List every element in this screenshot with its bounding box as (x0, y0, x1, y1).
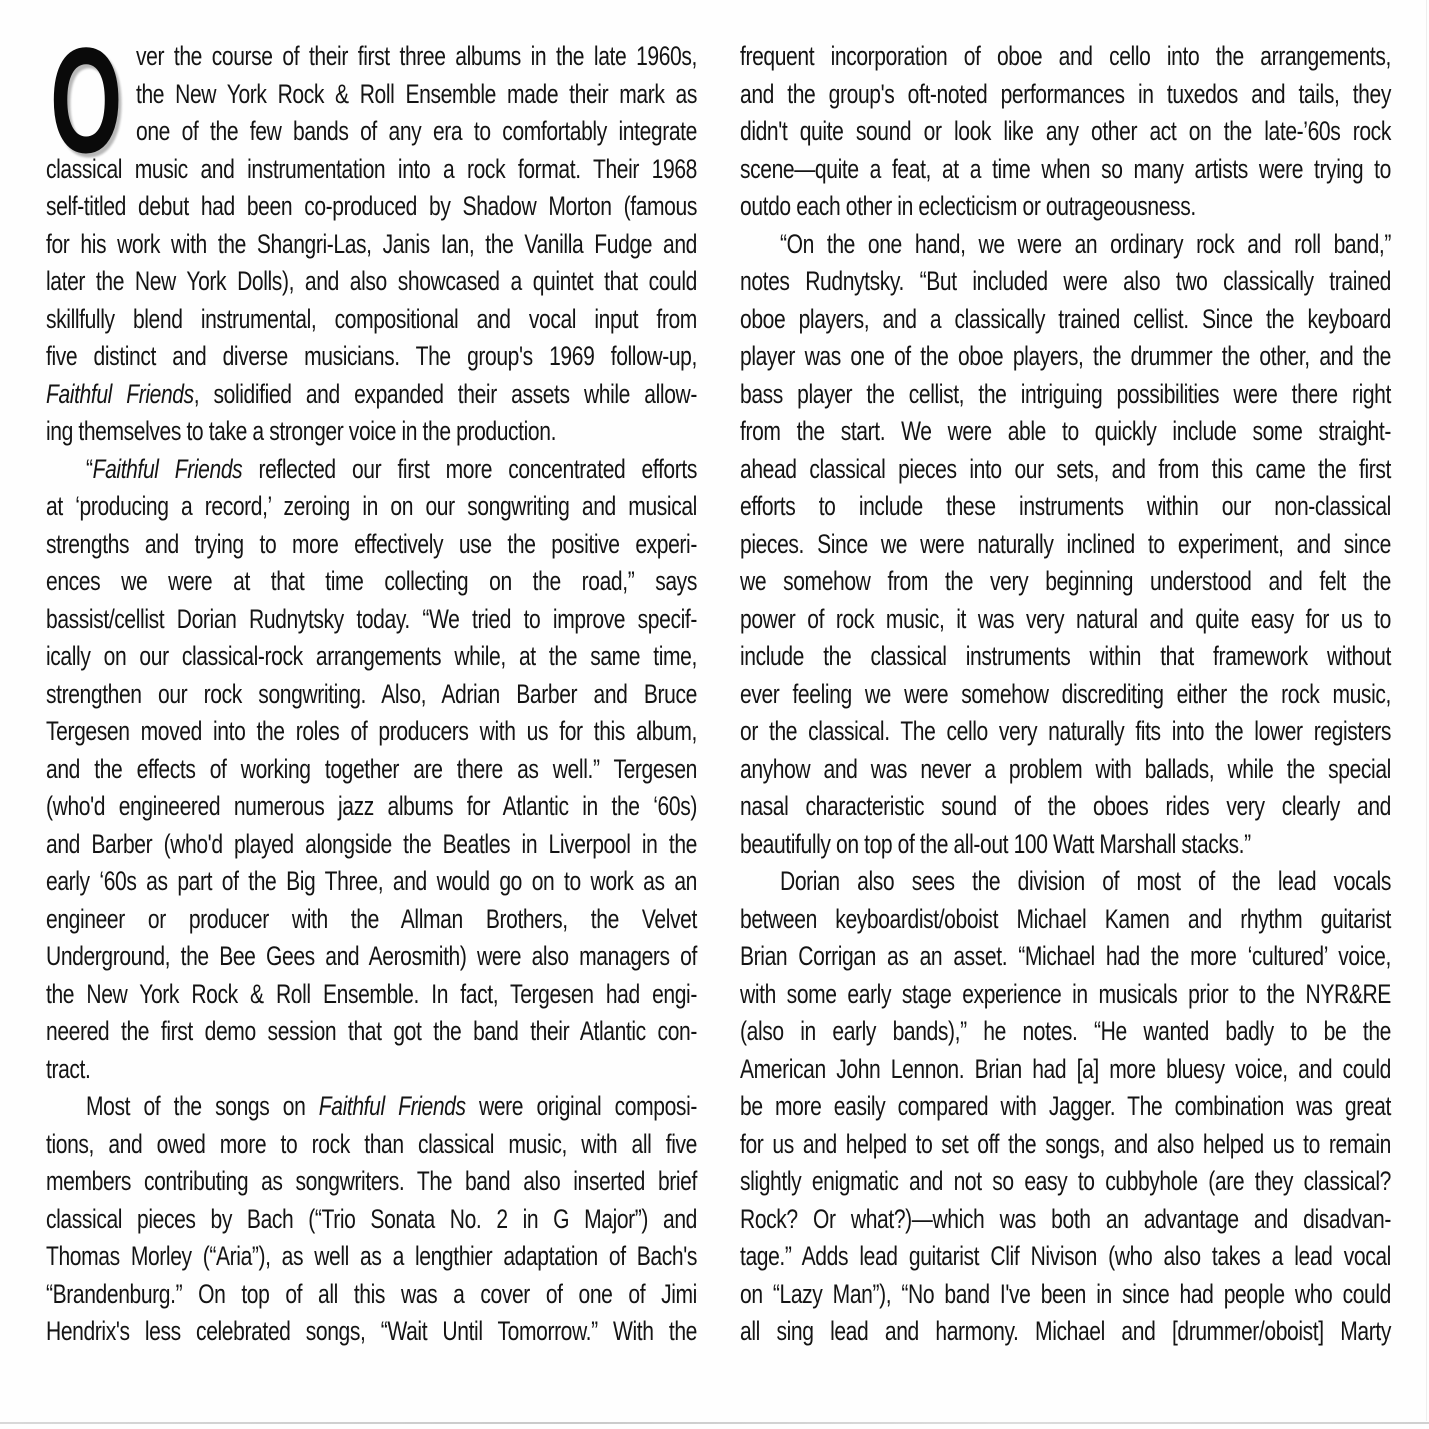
text-line: scene—quite a feat, at a time when so ma… (740, 151, 1391, 189)
text-line: include the classical instruments within… (740, 638, 1391, 676)
text-run: ahead classical pieces into our sets, an… (740, 454, 1391, 484)
text-line: for us and helped to set off the songs, … (740, 1126, 1391, 1164)
text-line-content: tract. (46, 1051, 697, 1089)
text-run: Dorian also sees the division of most of… (780, 866, 1391, 896)
text-line-content: ically on our classical-rock arrangement… (46, 638, 697, 676)
text-run: reflected our first more concentrated ef… (242, 454, 697, 484)
text-line-content: oboe players, and a classically trained … (740, 301, 1391, 339)
text-run: five distinct and diverse musicians. The… (46, 341, 697, 371)
text-line-content: and the effects of working together are … (46, 751, 697, 789)
text-line: on “Lazy Man”), “No band I've been in si… (740, 1276, 1391, 1314)
text-run: anyhow and was never a problem with ball… (740, 754, 1391, 784)
text-line: outdo each other in eclecticism or outra… (740, 188, 1391, 226)
text-line-content: with some early stage experience in musi… (740, 976, 1391, 1014)
text-run: and Barber (who'd played alongside the B… (46, 829, 697, 859)
text-line-content: one of the few bands of any era to comfo… (136, 113, 697, 151)
text-run: , solidified and expanded their assets w… (194, 379, 697, 409)
text-line-content: anyhow and was never a problem with ball… (740, 751, 1391, 789)
text-line-content: Faithful Friends, solidified and expande… (46, 376, 697, 414)
text-line-content: bassist/cellist Dorian Rudnytsky today. … (46, 601, 697, 639)
album-title: Faithful Friends (46, 379, 194, 409)
text-run: engineer or producer with the Allman Bro… (46, 904, 697, 934)
text-line-content: Most of the songs on Faithful Friends we… (86, 1088, 697, 1126)
text-line: at ‘producing a record,’ zeroing in on o… (46, 488, 697, 526)
text-line: strengths and trying to more effectively… (46, 526, 697, 564)
text-run: later the New York Dolls), and also show… (46, 266, 697, 296)
text-run: all sing lead and harmony. Michael and [… (740, 1316, 1391, 1346)
text-line-content: ver the course of their first three albu… (136, 38, 697, 76)
text-line-content: members contributing as songwriters. The… (46, 1163, 697, 1201)
text-line: engineer or producer with the Allman Bro… (46, 901, 697, 939)
text-run: ver the course of their first three albu… (136, 41, 697, 71)
text-line-content: between keyboardist/oboist Michael Kamen… (740, 901, 1391, 939)
text-line-content: “On the one hand, we were an ordinary ro… (780, 226, 1391, 264)
text-line: tract. (46, 1051, 697, 1089)
text-line-content: Brian Corrigan as an asset. “Michael had… (740, 938, 1391, 976)
text-line: “Faithful Friends reflected our first mo… (46, 451, 697, 489)
text-run: tions, and owed more to rock than classi… (46, 1129, 697, 1159)
text-line-content: frequent incorporation of oboe and cello… (740, 38, 1391, 76)
text-line-content: tions, and owed more to rock than classi… (46, 1126, 697, 1164)
text-line: strengthen our rock songwriting. Also, A… (46, 676, 697, 714)
text-run: at ‘producing a record,’ zeroing in on o… (46, 491, 697, 521)
text-run: classical music and instrumentation into… (46, 154, 697, 184)
text-line: efforts to include these instruments wit… (740, 488, 1391, 526)
text-line-content: neered the first demo session that got t… (46, 1013, 697, 1051)
text-line-content: ing themselves to take a stronger voice … (46, 413, 697, 451)
text-line: anyhow and was never a problem with ball… (740, 751, 1391, 789)
text-line-content: pieces. Since we were naturally inclined… (740, 526, 1391, 564)
text-run: nasal characteristic sound of the oboes … (740, 791, 1391, 821)
text-line: ahead classical pieces into our sets, an… (740, 451, 1391, 489)
text-run: Hendrix's less celebrated songs, “Wait U… (46, 1316, 697, 1346)
text-run: tract. (46, 1054, 90, 1084)
text-line-content: Hendrix's less celebrated songs, “Wait U… (46, 1313, 697, 1351)
text-line-content: the New York Rock & Roll Ensemble. In fa… (46, 976, 697, 1014)
text-run: bass player the cellist, the intriguing … (740, 379, 1391, 409)
text-line: with some early stage experience in musi… (740, 976, 1391, 1014)
text-line-content: scene—quite a feat, at a time when so ma… (740, 151, 1391, 189)
album-title: Faithful Friends (93, 454, 243, 484)
text-run: and the effects of working together are … (46, 754, 697, 784)
text-run: the New York Rock & Roll Ensemble. In fa… (46, 979, 697, 1009)
text-line: and the group's oft-noted performances i… (740, 76, 1391, 114)
text-line: (who'd engineered numerous jazz albums f… (46, 788, 697, 826)
text-run: “Brandenburg.” On top of all this was a … (46, 1279, 697, 1309)
text-run: self-titled debut had been co-produced b… (46, 191, 697, 221)
text-line: five distinct and diverse musicians. The… (46, 338, 697, 376)
text-line: the New York Rock & Roll Ensemble made t… (46, 76, 697, 114)
text-run: between keyboardist/oboist Michael Kamen… (740, 904, 1391, 934)
text-run: skillfully blend instrumental, compositi… (46, 304, 697, 334)
text-line-content: be more easily compared with Jagger. The… (740, 1088, 1391, 1126)
text-run: on “Lazy Man”), “No band I've been in si… (740, 1279, 1391, 1309)
text-run: bassist/cellist Dorian Rudnytsky today. … (46, 604, 697, 634)
text-line-content: slightly enigmatic and not so easy to cu… (740, 1163, 1391, 1201)
text-line: bass player the cellist, the intriguing … (740, 376, 1391, 414)
text-run: include the classical instruments within… (740, 641, 1391, 671)
text-line-content: (also in early bands),” he notes. “He wa… (740, 1013, 1391, 1051)
text-run: for his work with the Shangri-Las, Janis… (46, 229, 697, 259)
text-run: efforts to include these instruments wit… (740, 491, 1391, 521)
text-line: frequent incorporation of oboe and cello… (740, 38, 1391, 76)
text-line-content: from the start. We were able to quickly … (740, 413, 1391, 451)
text-line: ing themselves to take a stronger voice … (46, 413, 697, 451)
text-line-content: five distinct and diverse musicians. The… (46, 338, 697, 376)
text-run: with some early stage experience in musi… (740, 979, 1391, 1009)
text-run: “On the one hand, we were an ordinary ro… (780, 229, 1391, 259)
text-line-content: beautifully on top of the all-out 100 Wa… (740, 826, 1391, 864)
text-line: ver the course of their first three albu… (46, 38, 697, 76)
text-run: from the start. We were able to quickly … (740, 416, 1391, 446)
text-line-content: early ‘60s as part of the Big Three, and… (46, 863, 697, 901)
album-title: Faithful Friends (319, 1091, 466, 1121)
text-line: the New York Rock & Roll Ensemble. In fa… (46, 976, 697, 1014)
text-line: Rock? Or what?)—which was both an advant… (740, 1201, 1391, 1239)
text-line-content: didn't quite sound or look like any othe… (740, 113, 1391, 151)
text-run: and the group's oft-noted performances i… (740, 79, 1391, 109)
text-run: were original composi- (466, 1091, 697, 1121)
text-line: tage.” Adds lead guitarist Clif Nivison … (740, 1238, 1391, 1276)
text-line: (also in early bands),” he notes. “He wa… (740, 1013, 1391, 1051)
text-line-content: bass player the cellist, the intriguing … (740, 376, 1391, 414)
text-line: oboe players, and a classically trained … (740, 301, 1391, 339)
page-edge-right (1426, 0, 1427, 1421)
text-line: pieces. Since we were naturally inclined… (740, 526, 1391, 564)
text-run: (also in early bands),” he notes. “He wa… (740, 1016, 1391, 1046)
text-run: Brian Corrigan as an asset. “Michael had… (740, 941, 1391, 971)
text-line-content: power of rock music, it was very natural… (740, 601, 1391, 639)
text-line: Faithful Friends, solidified and expande… (46, 376, 697, 414)
text-line: “Brandenburg.” On top of all this was a … (46, 1276, 697, 1314)
text-run: notes Rudnytsky. “But included were also… (740, 266, 1391, 296)
text-line-content: on “Lazy Man”), “No band I've been in si… (740, 1276, 1391, 1314)
text-run: Thomas Morley (“Aria”), as well as a len… (46, 1241, 697, 1271)
text-run: slightly enigmatic and not so easy to cu… (740, 1166, 1391, 1196)
text-line-content: ever feeling we were somehow discreditin… (740, 676, 1391, 714)
text-line-content: player was one of the oboe players, the … (740, 338, 1391, 376)
text-line-content: “Brandenburg.” On top of all this was a … (46, 1276, 697, 1314)
text-run: beautifully on top of the all-out 100 Wa… (740, 829, 1251, 859)
text-line: Thomas Morley (“Aria”), as well as a len… (46, 1238, 697, 1276)
text-run: ever feeling we were somehow discreditin… (740, 679, 1391, 709)
text-run: classical pieces by Bach (“Trio Sonata N… (46, 1204, 697, 1234)
text-run: American John Lennon. Brian had [a] more… (740, 1054, 1391, 1084)
text-run: Tergesen moved into the roles of produce… (46, 716, 697, 746)
text-line: beautifully on top of the all-out 100 Wa… (740, 826, 1391, 864)
text-line-content: “Faithful Friends reflected our first mo… (86, 451, 697, 489)
text-run: (who'd engineered numerous jazz albums f… (46, 791, 697, 821)
text-run: tage.” Adds lead guitarist Clif Nivison … (740, 1241, 1391, 1271)
text-line: player was one of the oboe players, the … (740, 338, 1391, 376)
text-run: ically on our classical-rock arrangement… (46, 641, 697, 671)
text-line-content: and Barber (who'd played alongside the B… (46, 826, 697, 864)
text-line-content: American John Lennon. Brian had [a] more… (740, 1051, 1391, 1089)
text-line-content: tage.” Adds lead guitarist Clif Nivison … (740, 1238, 1391, 1276)
text-prefix: Most of the songs on (86, 1091, 319, 1121)
text-line-content: Rock? Or what?)—which was both an advant… (740, 1201, 1391, 1239)
text-run: pieces. Since we were naturally inclined… (740, 529, 1391, 559)
text-run: ences we were at that time collecting on… (46, 566, 697, 596)
text-line: ences we were at that time collecting on… (46, 563, 697, 601)
text-line-content: (who'd engineered numerous jazz albums f… (46, 788, 697, 826)
text-line-content: include the classical instruments within… (740, 638, 1391, 676)
booklet-page: O ver the course of their first three al… (0, 0, 1429, 1429)
text-line-content: strengthen our rock songwriting. Also, A… (46, 676, 697, 714)
text-line-content: the New York Rock & Roll Ensemble made t… (136, 76, 697, 114)
text-line: between keyboardist/oboist Michael Kamen… (740, 901, 1391, 939)
text-run: scene—quite a feat, at a time when so ma… (740, 154, 1391, 184)
text-line-content: engineer or producer with the Allman Bro… (46, 901, 697, 939)
text-line-content: skillfully blend instrumental, compositi… (46, 301, 697, 339)
text-line: and Barber (who'd played alongside the B… (46, 826, 697, 864)
text-line: later the New York Dolls), and also show… (46, 263, 697, 301)
text-line: “On the one hand, we were an ordinary ro… (740, 226, 1391, 264)
text-line: or the classical. The cello very natural… (740, 713, 1391, 751)
page-edge-bottom (0, 1422, 1429, 1424)
text-run: player was one of the oboe players, the … (740, 341, 1391, 371)
text-line: classical music and instrumentation into… (46, 151, 697, 189)
text-run: we somehow from the very beginning under… (740, 566, 1391, 596)
text-line: Dorian also sees the division of most of… (740, 863, 1391, 901)
text-line: skillfully blend instrumental, compositi… (46, 301, 697, 339)
text-line: all sing lead and harmony. Michael and [… (740, 1313, 1391, 1351)
text-prefix: “ (86, 454, 93, 484)
text-run: outdo each other in eclecticism or outra… (740, 191, 1196, 221)
text-line: and the effects of working together are … (46, 751, 697, 789)
text-line: ever feeling we were somehow discreditin… (740, 676, 1391, 714)
text-line: from the start. We were able to quickly … (740, 413, 1391, 451)
text-line-content: and the group's oft-noted performances i… (740, 76, 1391, 114)
right-column: frequent incorporation of oboe and cello… (740, 38, 1391, 1351)
text-run: strengthen our rock songwriting. Also, A… (46, 679, 697, 709)
text-line-content: at ‘producing a record,’ zeroing in on o… (46, 488, 697, 526)
text-line: Underground, the Bee Gees and Aerosmith)… (46, 938, 697, 976)
text-line-content: later the New York Dolls), and also show… (46, 263, 697, 301)
text-run: Underground, the Bee Gees and Aerosmith)… (46, 941, 697, 971)
text-line-content: all sing lead and harmony. Michael and [… (740, 1313, 1391, 1351)
text-line-content: for his work with the Shangri-Las, Janis… (46, 226, 697, 264)
text-line-content: Tergesen moved into the roles of produce… (46, 713, 697, 751)
text-run: members contributing as songwriters. The… (46, 1166, 697, 1196)
text-line-content: notes Rudnytsky. “But included were also… (740, 263, 1391, 301)
text-line-content: Dorian also sees the division of most of… (780, 863, 1391, 901)
text-run: neered the first demo session that got t… (46, 1016, 697, 1046)
text-run: ing themselves to take a stronger voice … (46, 416, 556, 446)
text-run: or the classical. The cello very natural… (740, 716, 1391, 746)
text-line-content: we somehow from the very beginning under… (740, 563, 1391, 601)
text-line: early ‘60s as part of the Big Three, and… (46, 863, 697, 901)
text-line-content: efforts to include these instruments wit… (740, 488, 1391, 526)
text-line: Most of the songs on Faithful Friends we… (46, 1088, 697, 1126)
text-run: be more easily compared with Jagger. The… (740, 1091, 1391, 1121)
text-run: one of the few bands of any era to comfo… (136, 116, 697, 146)
text-line: one of the few bands of any era to comfo… (46, 113, 697, 151)
text-line: bassist/cellist Dorian Rudnytsky today. … (46, 601, 697, 639)
text-line: be more easily compared with Jagger. The… (740, 1088, 1391, 1126)
text-run: strengths and trying to more effectively… (46, 529, 697, 559)
text-run: Rock? Or what?)—which was both an advant… (740, 1204, 1391, 1234)
text-line-content: classical music and instrumentation into… (46, 151, 697, 189)
text-run: early ‘60s as part of the Big Three, and… (46, 866, 697, 896)
text-line: notes Rudnytsky. “But included were also… (740, 263, 1391, 301)
text-line: slightly enigmatic and not so easy to cu… (740, 1163, 1391, 1201)
left-column: ver the course of their first three albu… (46, 38, 697, 1351)
text-line: classical pieces by Bach (“Trio Sonata N… (46, 1201, 697, 1239)
text-line: tions, and owed more to rock than classi… (46, 1126, 697, 1164)
text-line-content: classical pieces by Bach (“Trio Sonata N… (46, 1201, 697, 1239)
text-line: we somehow from the very beginning under… (740, 563, 1391, 601)
text-line: self-titled debut had been co-produced b… (46, 188, 697, 226)
text-line-content: ences we were at that time collecting on… (46, 563, 697, 601)
text-line: American John Lennon. Brian had [a] more… (740, 1051, 1391, 1089)
text-line: neered the first demo session that got t… (46, 1013, 697, 1051)
text-line-content: Thomas Morley (“Aria”), as well as a len… (46, 1238, 697, 1276)
text-line-content: strengths and trying to more effectively… (46, 526, 697, 564)
text-run: the New York Rock & Roll Ensemble made t… (136, 79, 697, 109)
text-line-content: self-titled debut had been co-produced b… (46, 188, 697, 226)
text-line-content: ahead classical pieces into our sets, an… (740, 451, 1391, 489)
text-run: frequent incorporation of oboe and cello… (740, 41, 1391, 71)
text-line-content: nasal characteristic sound of the oboes … (740, 788, 1391, 826)
text-line: Brian Corrigan as an asset. “Michael had… (740, 938, 1391, 976)
text-line-content: for us and helped to set off the songs, … (740, 1126, 1391, 1164)
text-line-content: outdo each other in eclecticism or outra… (740, 188, 1391, 226)
text-run: didn't quite sound or look like any othe… (740, 116, 1391, 146)
text-line: Hendrix's less celebrated songs, “Wait U… (46, 1313, 697, 1351)
text-run: oboe players, and a classically trained … (740, 304, 1391, 334)
text-line: nasal characteristic sound of the oboes … (740, 788, 1391, 826)
text-line: for his work with the Shangri-Las, Janis… (46, 226, 697, 264)
text-line: Tergesen moved into the roles of produce… (46, 713, 697, 751)
text-line: didn't quite sound or look like any othe… (740, 113, 1391, 151)
text-line: ically on our classical-rock arrangement… (46, 638, 697, 676)
text-run: for us and helped to set off the songs, … (740, 1129, 1391, 1159)
text-line: members contributing as songwriters. The… (46, 1163, 697, 1201)
text-run: power of rock music, it was very natural… (740, 604, 1391, 634)
text-line-content: or the classical. The cello very natural… (740, 713, 1391, 751)
text-line-content: Underground, the Bee Gees and Aerosmith)… (46, 938, 697, 976)
text-line: power of rock music, it was very natural… (740, 601, 1391, 639)
